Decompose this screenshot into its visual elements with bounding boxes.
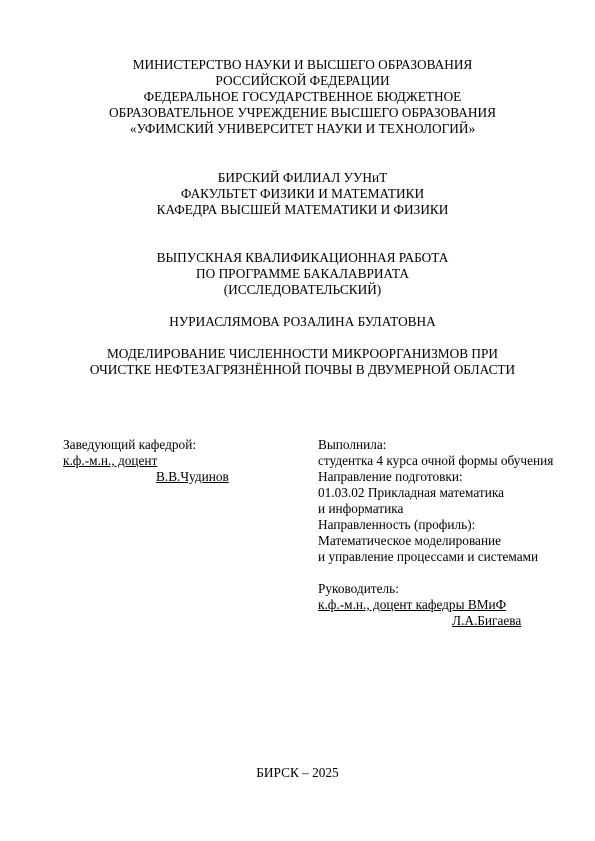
head-of-department-block: Заведующий кафедрой: к.ф.-м.н., доцент В… bbox=[63, 437, 263, 485]
student-desc: студентка 4 курса очной формы обучения bbox=[318, 453, 588, 469]
supervisor-name: Л.А.Бигаева bbox=[452, 613, 521, 628]
ministry-line: РОССИЙСКОЙ ФЕДЕРАЦИИ bbox=[5, 73, 595, 89]
work-type-line: ВЫПУСКНАЯ КВАЛИФИКАЦИОННАЯ РАБОТА bbox=[5, 250, 595, 266]
performed-label: Выполнила: bbox=[318, 437, 588, 453]
student-block: Выполнила: студентка 4 курса очной формы… bbox=[318, 437, 588, 629]
ministry-line: ОБРАЗОВАТЕЛЬНОЕ УЧРЕЖДЕНИЕ ВЫСШЕГО ОБРАЗ… bbox=[5, 105, 595, 121]
branch-line: КАФЕДРА ВЫСШЕЙ МАТЕМАТИКИ И ФИЗИКИ bbox=[5, 202, 595, 218]
head-degree: к.ф.-м.н., доцент bbox=[63, 453, 157, 468]
title-line: МОДЕЛИРОВАНИЕ ЧИСЛЕННОСТИ МИКРООРГАНИЗМО… bbox=[5, 346, 595, 362]
ministry-line: МИНИСТЕРСТВО НАУКИ И ВЫСШЕГО ОБРАЗОВАНИЯ bbox=[5, 57, 595, 73]
head-label: Заведующий кафедрой: bbox=[63, 437, 263, 453]
head-name: В.В.Чудинов bbox=[156, 469, 229, 484]
title-line: ОЧИСТКЕ НЕФТЕЗАГРЯЗНЁННОЙ ПОЧВЫ В ДВУМЕР… bbox=[5, 362, 595, 378]
direction-line: 01.03.02 Прикладная математика bbox=[318, 485, 588, 501]
city-year: БИРСК – 2025 bbox=[0, 765, 595, 781]
author-line: НУРИАСЛЯМОВА РОЗАЛИНА БУЛАТОВНА bbox=[5, 314, 595, 330]
thesis-title: МОДЕЛИРОВАНИЕ ЧИСЛЕННОСТИ МИКРООРГАНИЗМО… bbox=[5, 346, 595, 378]
profile-line: Математическое моделирование bbox=[318, 533, 588, 549]
direction-line: и информатика bbox=[318, 501, 588, 517]
profile-label: Направленность (профиль): bbox=[318, 517, 588, 533]
ministry-line: «УФИМСКИЙ УНИВЕРСИТЕТ НАУКИ И ТЕХНОЛОГИЙ… bbox=[5, 121, 595, 137]
branch-line: БИРСКИЙ ФИЛИАЛ УУНиТ bbox=[5, 170, 595, 186]
supervisor-degree: к.ф.-м.н., доцент кафедры ВМиФ bbox=[318, 597, 506, 612]
author-name: НУРИАСЛЯМОВА РОЗАЛИНА БУЛАТОВНА bbox=[5, 314, 595, 330]
ministry-header: МИНИСТЕРСТВО НАУКИ И ВЫСШЕГО ОБРАЗОВАНИЯ… bbox=[5, 57, 595, 137]
branch-header: БИРСКИЙ ФИЛИАЛ УУНиТ ФАКУЛЬТЕТ ФИЗИКИ И … bbox=[5, 170, 595, 218]
work-type: ВЫПУСКНАЯ КВАЛИФИКАЦИОННАЯ РАБОТА ПО ПРО… bbox=[5, 250, 595, 298]
direction-label: Направление подготовки: bbox=[318, 469, 588, 485]
work-type-line: (ИССЛЕДОВАТЕЛЬСКИЙ) bbox=[5, 282, 595, 298]
supervisor-label: Руководитель: bbox=[318, 581, 588, 597]
ministry-line: ФЕДЕРАЛЬНОЕ ГОСУДАРСТВЕННОЕ БЮДЖЕТНОЕ bbox=[5, 89, 595, 105]
branch-line: ФАКУЛЬТЕТ ФИЗИКИ И МАТЕМАТИКИ bbox=[5, 186, 595, 202]
work-type-line: ПО ПРОГРАММЕ БАКАЛАВРИАТА bbox=[5, 266, 595, 282]
profile-line: и управление процессами и системами bbox=[318, 549, 588, 565]
